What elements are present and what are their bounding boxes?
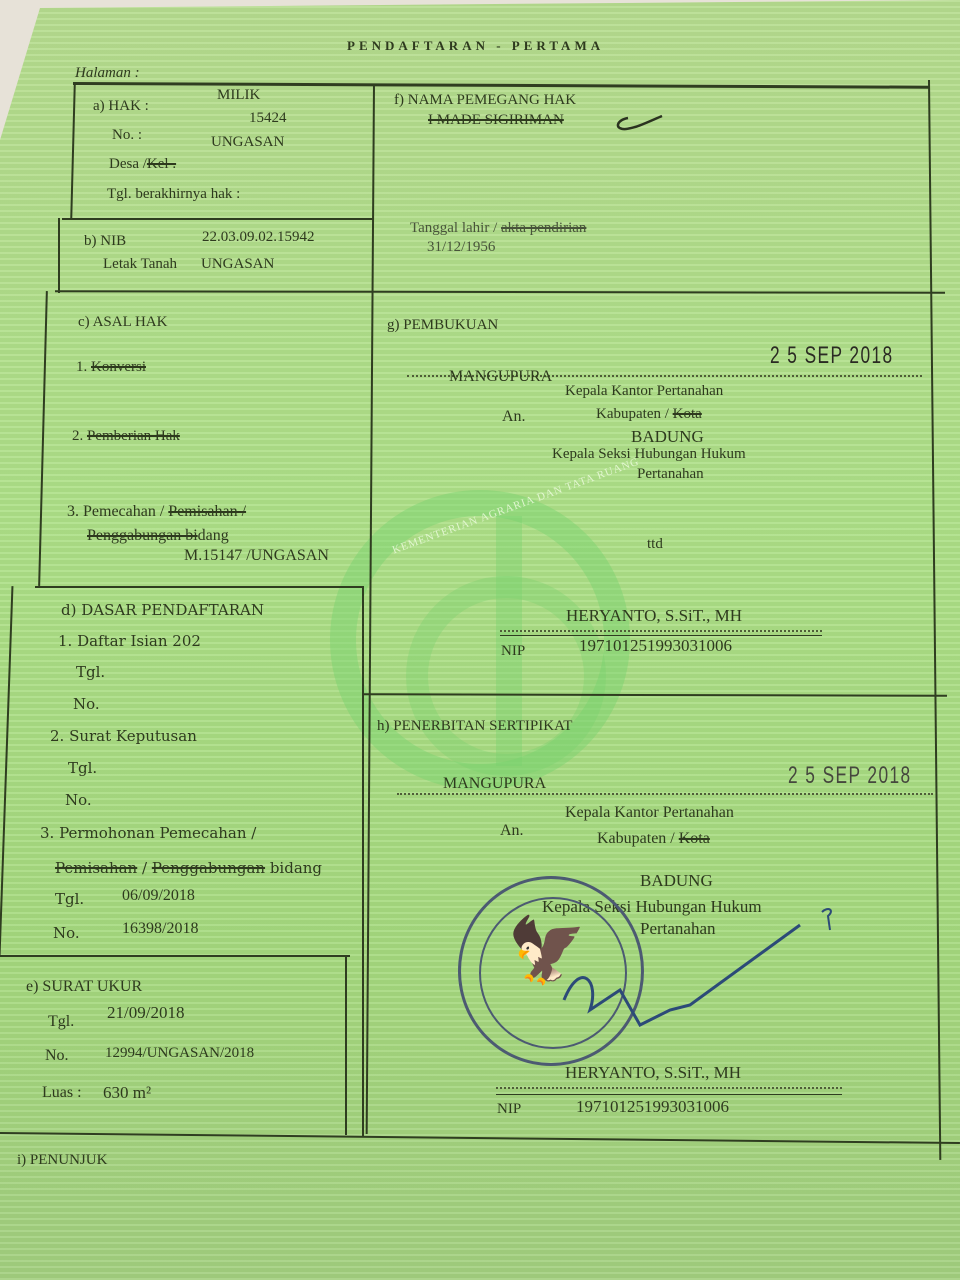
permohonan-no-value: 16398/2018 (122, 920, 198, 938)
pemecahan-label: 3. Pemecahan / (67, 503, 164, 520)
daftar-isian-no: No. (73, 695, 100, 713)
pemisahan-struck: Pemisahan / (168, 503, 246, 520)
pembukuan-an: An. (502, 408, 526, 426)
desa-value: UNGASAN (211, 134, 284, 151)
asal-item1-num: 1. (76, 359, 87, 375)
letak-tanah-value: UNGASAN (201, 256, 274, 273)
hak-no-label: No. : (112, 127, 142, 144)
col-left-border-b (58, 218, 60, 293)
permohonan-no-label: No. (53, 924, 80, 942)
divider-d-e (0, 955, 350, 957)
hak-no-value: 15424 (249, 110, 287, 127)
permohonan-tgl-label: Tgl. (55, 890, 84, 908)
signature-ink-icon (560, 900, 860, 1040)
surat-ukur-no-value: 12994/UNGASAN/2018 (105, 1045, 254, 1062)
pembukuan-date-stamp: 2 5 SEP 2018 (770, 342, 894, 370)
hak-value: MILIK (217, 87, 260, 104)
slash: / (137, 859, 152, 877)
luas-value: 630 m² (103, 1083, 151, 1103)
surat-keputusan-no: No. (65, 791, 92, 809)
pembukuan-region: BADUNG (631, 427, 704, 447)
pemberian-hak-struck: Pemberian Hak (87, 428, 180, 444)
kota-struck-g: Kota (673, 406, 702, 422)
penerbitan-sertipikat-label: h) PENERBITAN SERTIPIKAT (377, 718, 572, 735)
letak-tanah-label: Letak Tanah (103, 256, 177, 273)
permohonan-label: 3. Permohonan Pemecahan / (40, 824, 256, 842)
konversi-struck: Konversi (91, 359, 146, 375)
signature-dots-g (500, 630, 822, 632)
pembukuan-section-head2: Pertanahan (637, 466, 704, 483)
surat-ukur-tgl-label: Tgl. (48, 1013, 74, 1031)
kel-struck: Kel . (147, 156, 176, 172)
pembukuan-section-head: Kepala Seksi Hubungan Hukum (552, 446, 746, 463)
signature-line-h (496, 1094, 842, 1095)
penerbitan-office-line2: Kabupaten / (597, 830, 675, 847)
permohonan-tgl-value: 06/09/2018 (122, 887, 195, 905)
penerbitan-office-line1: Kepala Kantor Pertanahan (565, 804, 734, 822)
asal-hak-reference: M.15147 /UNGASAN (184, 547, 329, 565)
penerbitan-region: BADUNG (640, 871, 713, 891)
pembukuan-nip-label: NIP (501, 643, 525, 660)
pembukuan-label: g) PEMBUKUAN (387, 317, 498, 334)
pemisahan-struck-d: Pemisahan (55, 859, 137, 877)
divider-a-b (62, 218, 373, 220)
holder-name-struck: I MADE SIGIRIMAN (428, 112, 564, 128)
desa-label: Desa / (109, 156, 147, 172)
penerbitan-place: MANGUPURA (443, 775, 546, 793)
bidang-text: dang (198, 527, 229, 544)
penerbitan-date-stamp: 2 5 SEP 2018 (788, 762, 912, 790)
penggabungan-struck-d: Penggabungan (152, 859, 265, 877)
daftar-isian-label: 1. Daftar Isian 202 (58, 632, 201, 650)
bidang-text-d: bidang (265, 859, 322, 877)
birth-date-label: Tanggal lahir / (410, 220, 497, 236)
surat-keputusan-tgl: Tgl. (68, 759, 97, 777)
penerbitan-nip-value: 197101251993031006 (576, 1097, 729, 1117)
nib-value: 22.03.09.02.15942 (202, 229, 315, 246)
asal-hak-label: c) ASAL HAK (78, 314, 167, 331)
pembukuan-office-line1: Kepala Kantor Pertanahan (565, 383, 723, 400)
col-divider-lower (362, 586, 364, 1136)
luas-label: Luas : (42, 1084, 82, 1102)
surat-keputusan-label: 2. Surat Keputusan (50, 727, 197, 745)
penggabungan-struck: Penggabungan bi (87, 527, 198, 544)
col-right-border-e (345, 955, 347, 1135)
penerbitan-official-name: HERYANTO, S.SiT., MH (565, 1063, 741, 1083)
surat-ukur-tgl-value: 21/09/2018 (107, 1003, 184, 1023)
signature-dots-h (496, 1087, 842, 1089)
penunjuk-label: i) PENUNJUK (17, 1152, 107, 1169)
surat-ukur-no-label: No. (45, 1047, 69, 1065)
hak-label: a) HAK : (93, 98, 149, 115)
nib-label: b) NIB (84, 233, 126, 250)
document-title: PENDAFTARAN - PERTAMA (347, 38, 604, 54)
divider-c-d (35, 586, 362, 588)
penerbitan-an: An. (500, 822, 524, 840)
pembukuan-place: MANGUPURA (449, 368, 552, 386)
surat-ukur-label: e) SURAT UKUR (26, 978, 142, 996)
daftar-isian-tgl: Tgl. (76, 663, 105, 681)
nama-pemegang-hak-label: f) NAMA PEMEGANG HAK (394, 92, 576, 109)
birth-date-value: 31/12/1956 (427, 239, 495, 256)
akta-pendirian-struck: akta pendirian (501, 220, 586, 236)
checkmark-icon (612, 112, 664, 134)
kota-struck-h: Kota (679, 830, 710, 847)
expiry-label: Tgl. berakhirnya hak : (107, 186, 240, 203)
penerbitan-nip-label: NIP (497, 1101, 521, 1118)
asal-item2-num: 2. (72, 428, 83, 444)
pembukuan-office-line2: Kabupaten / (596, 406, 669, 422)
pembukuan-official-name: HERYANTO, S.SiT., MH (566, 606, 742, 626)
page-label: Halaman : (75, 65, 140, 82)
pembukuan-nip-value: 197101251993031006 (579, 636, 732, 656)
place-date-line-h (397, 793, 933, 795)
signature-note: ttd (647, 536, 663, 553)
dasar-pendaftaran-label: d) DASAR PENDAFTARAN (61, 601, 264, 619)
